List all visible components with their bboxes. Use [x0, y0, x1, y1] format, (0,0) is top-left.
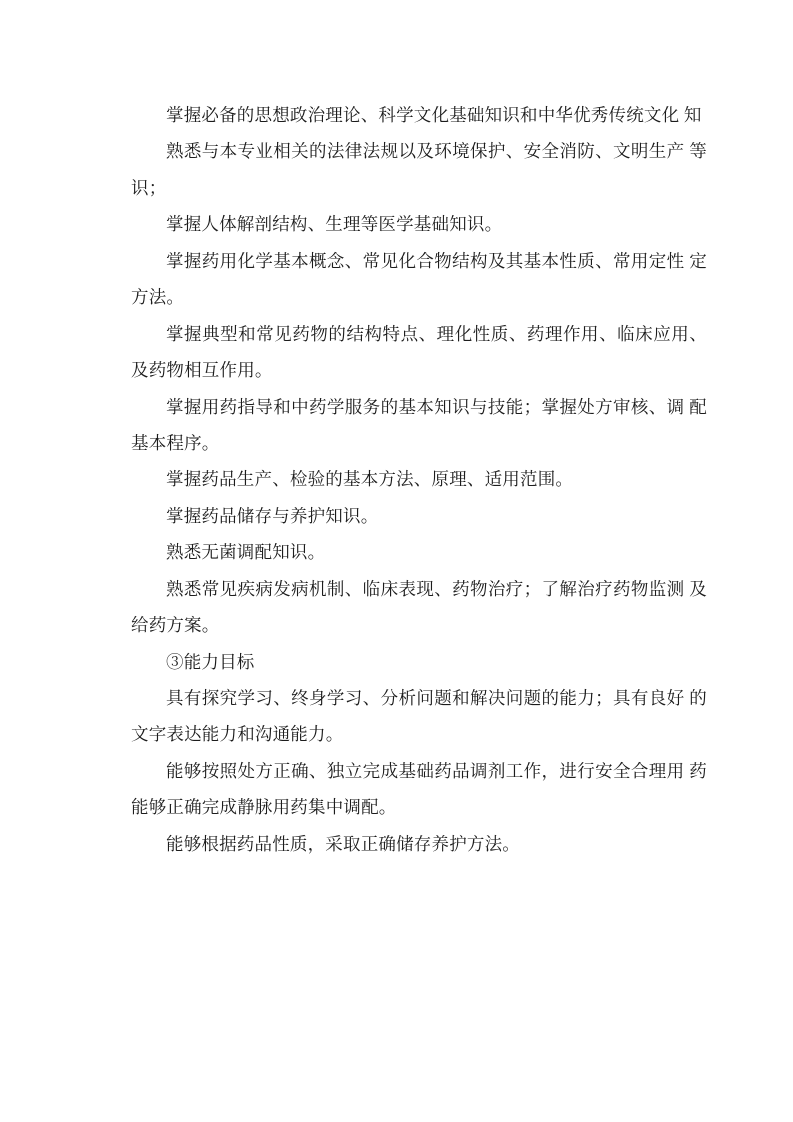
knowledge-objective-item: 掌握药品生产、检验的基本方法、原理、适用范围。 — [131, 461, 707, 497]
knowledge-objective-item: 掌握药品储存与养护知识。 — [131, 498, 707, 534]
text-line: 基本程序。 — [131, 425, 707, 461]
text-line: 掌握必备的思想政治理论、科学文化基础知识和中华优秀传统文化 知识。 — [131, 97, 707, 133]
text-line: 熟悉无菌调配知识。 — [131, 534, 707, 570]
text-line: 能够正确完成静脉用药集中调配。 — [131, 789, 707, 825]
text-line: 掌握药品生产、检验的基本方法、原理、适用范围。 — [131, 461, 707, 497]
text-line: 掌握药用化学基本概念、常见化合物结构及其基本性质、常用定性 定量分析 — [131, 243, 707, 279]
text-line: 掌握药品储存与养护知识。 — [131, 498, 707, 534]
knowledge-objective-item: 掌握人体解剖结构、生理等医学基础知识。 — [131, 206, 707, 242]
text-line: 具有探究学习、终身学习、分析问题和解决问题的能力；具有良好 的语言、 — [131, 680, 707, 716]
text-line: 能够按照处方正确、独立完成基础药品调剂工作，进行安全合理用 药指导； — [131, 753, 707, 789]
ability-objective-item: 具有探究学习、终身学习、分析问题和解决问题的能力；具有良好 的语言、文字表达能力… — [131, 680, 707, 753]
text-line: 掌握人体解剖结构、生理等医学基础知识。 — [131, 206, 707, 242]
text-line: 掌握典型和常见药物的结构特点、理化性质、药理作用、临床应用、 不良反应 — [131, 316, 707, 352]
knowledge-objective-item: 熟悉常见疾病发病机制、临床表现、药物治疗；了解治疗药物监测 及个体化给药方案。 — [131, 571, 707, 644]
text-line: 文字表达能力和沟通能力。 — [131, 716, 707, 752]
ability-objectives-heading: ③能力目标 — [131, 644, 707, 680]
text-line: 熟悉常见疾病发病机制、临床表现、药物治疗；了解治疗药物监测 及个体化 — [131, 571, 707, 607]
ability-objective-item: 能够根据药品性质，采取正确储存养护方法。 — [131, 826, 707, 862]
text-line: 掌握用药指导和中药学服务的基本知识与技能；掌握处方审核、调 配原则与 — [131, 389, 707, 425]
knowledge-objective-item: 掌握用药指导和中药学服务的基本知识与技能；掌握处方审核、调 配原则与基本程序。 — [131, 389, 707, 462]
knowledge-objective-item: 掌握典型和常见药物的结构特点、理化性质、药理作用、临床应用、 不良反应及药物相互… — [131, 316, 707, 389]
text-line: 熟悉与本专业相关的法律法规以及环境保护、安全消防、文明生产 等相关知 — [131, 133, 707, 169]
text-line: ③能力目标 — [131, 644, 707, 680]
text-line: 及药物相互作用。 — [131, 352, 707, 388]
ability-objective-item: 能够按照处方正确、独立完成基础药品调剂工作，进行安全合理用 药指导；能够正确完成… — [131, 753, 707, 826]
knowledge-objective-item: 熟悉与本专业相关的法律法规以及环境保护、安全消防、文明生产 等相关知识； — [131, 133, 707, 206]
knowledge-objective-item: 熟悉无菌调配知识。 — [131, 534, 707, 570]
text-line: 能够根据药品性质，采取正确储存养护方法。 — [131, 826, 707, 862]
text-line: 识； — [131, 170, 707, 206]
document-content: 掌握必备的思想政治理论、科学文化基础知识和中华优秀传统文化 知识。熟悉与本专业相… — [131, 97, 707, 862]
knowledge-objective-item: 掌握必备的思想政治理论、科学文化基础知识和中华优秀传统文化 知识。 — [131, 97, 707, 133]
text-line: 方法。 — [131, 279, 707, 315]
document-page: 掌握必备的思想政治理论、科学文化基础知识和中华优秀传统文化 知识。熟悉与本专业相… — [0, 0, 793, 1122]
text-line: 给药方案。 — [131, 607, 707, 643]
knowledge-objective-item: 掌握药用化学基本概念、常见化合物结构及其基本性质、常用定性 定量分析方法。 — [131, 243, 707, 316]
